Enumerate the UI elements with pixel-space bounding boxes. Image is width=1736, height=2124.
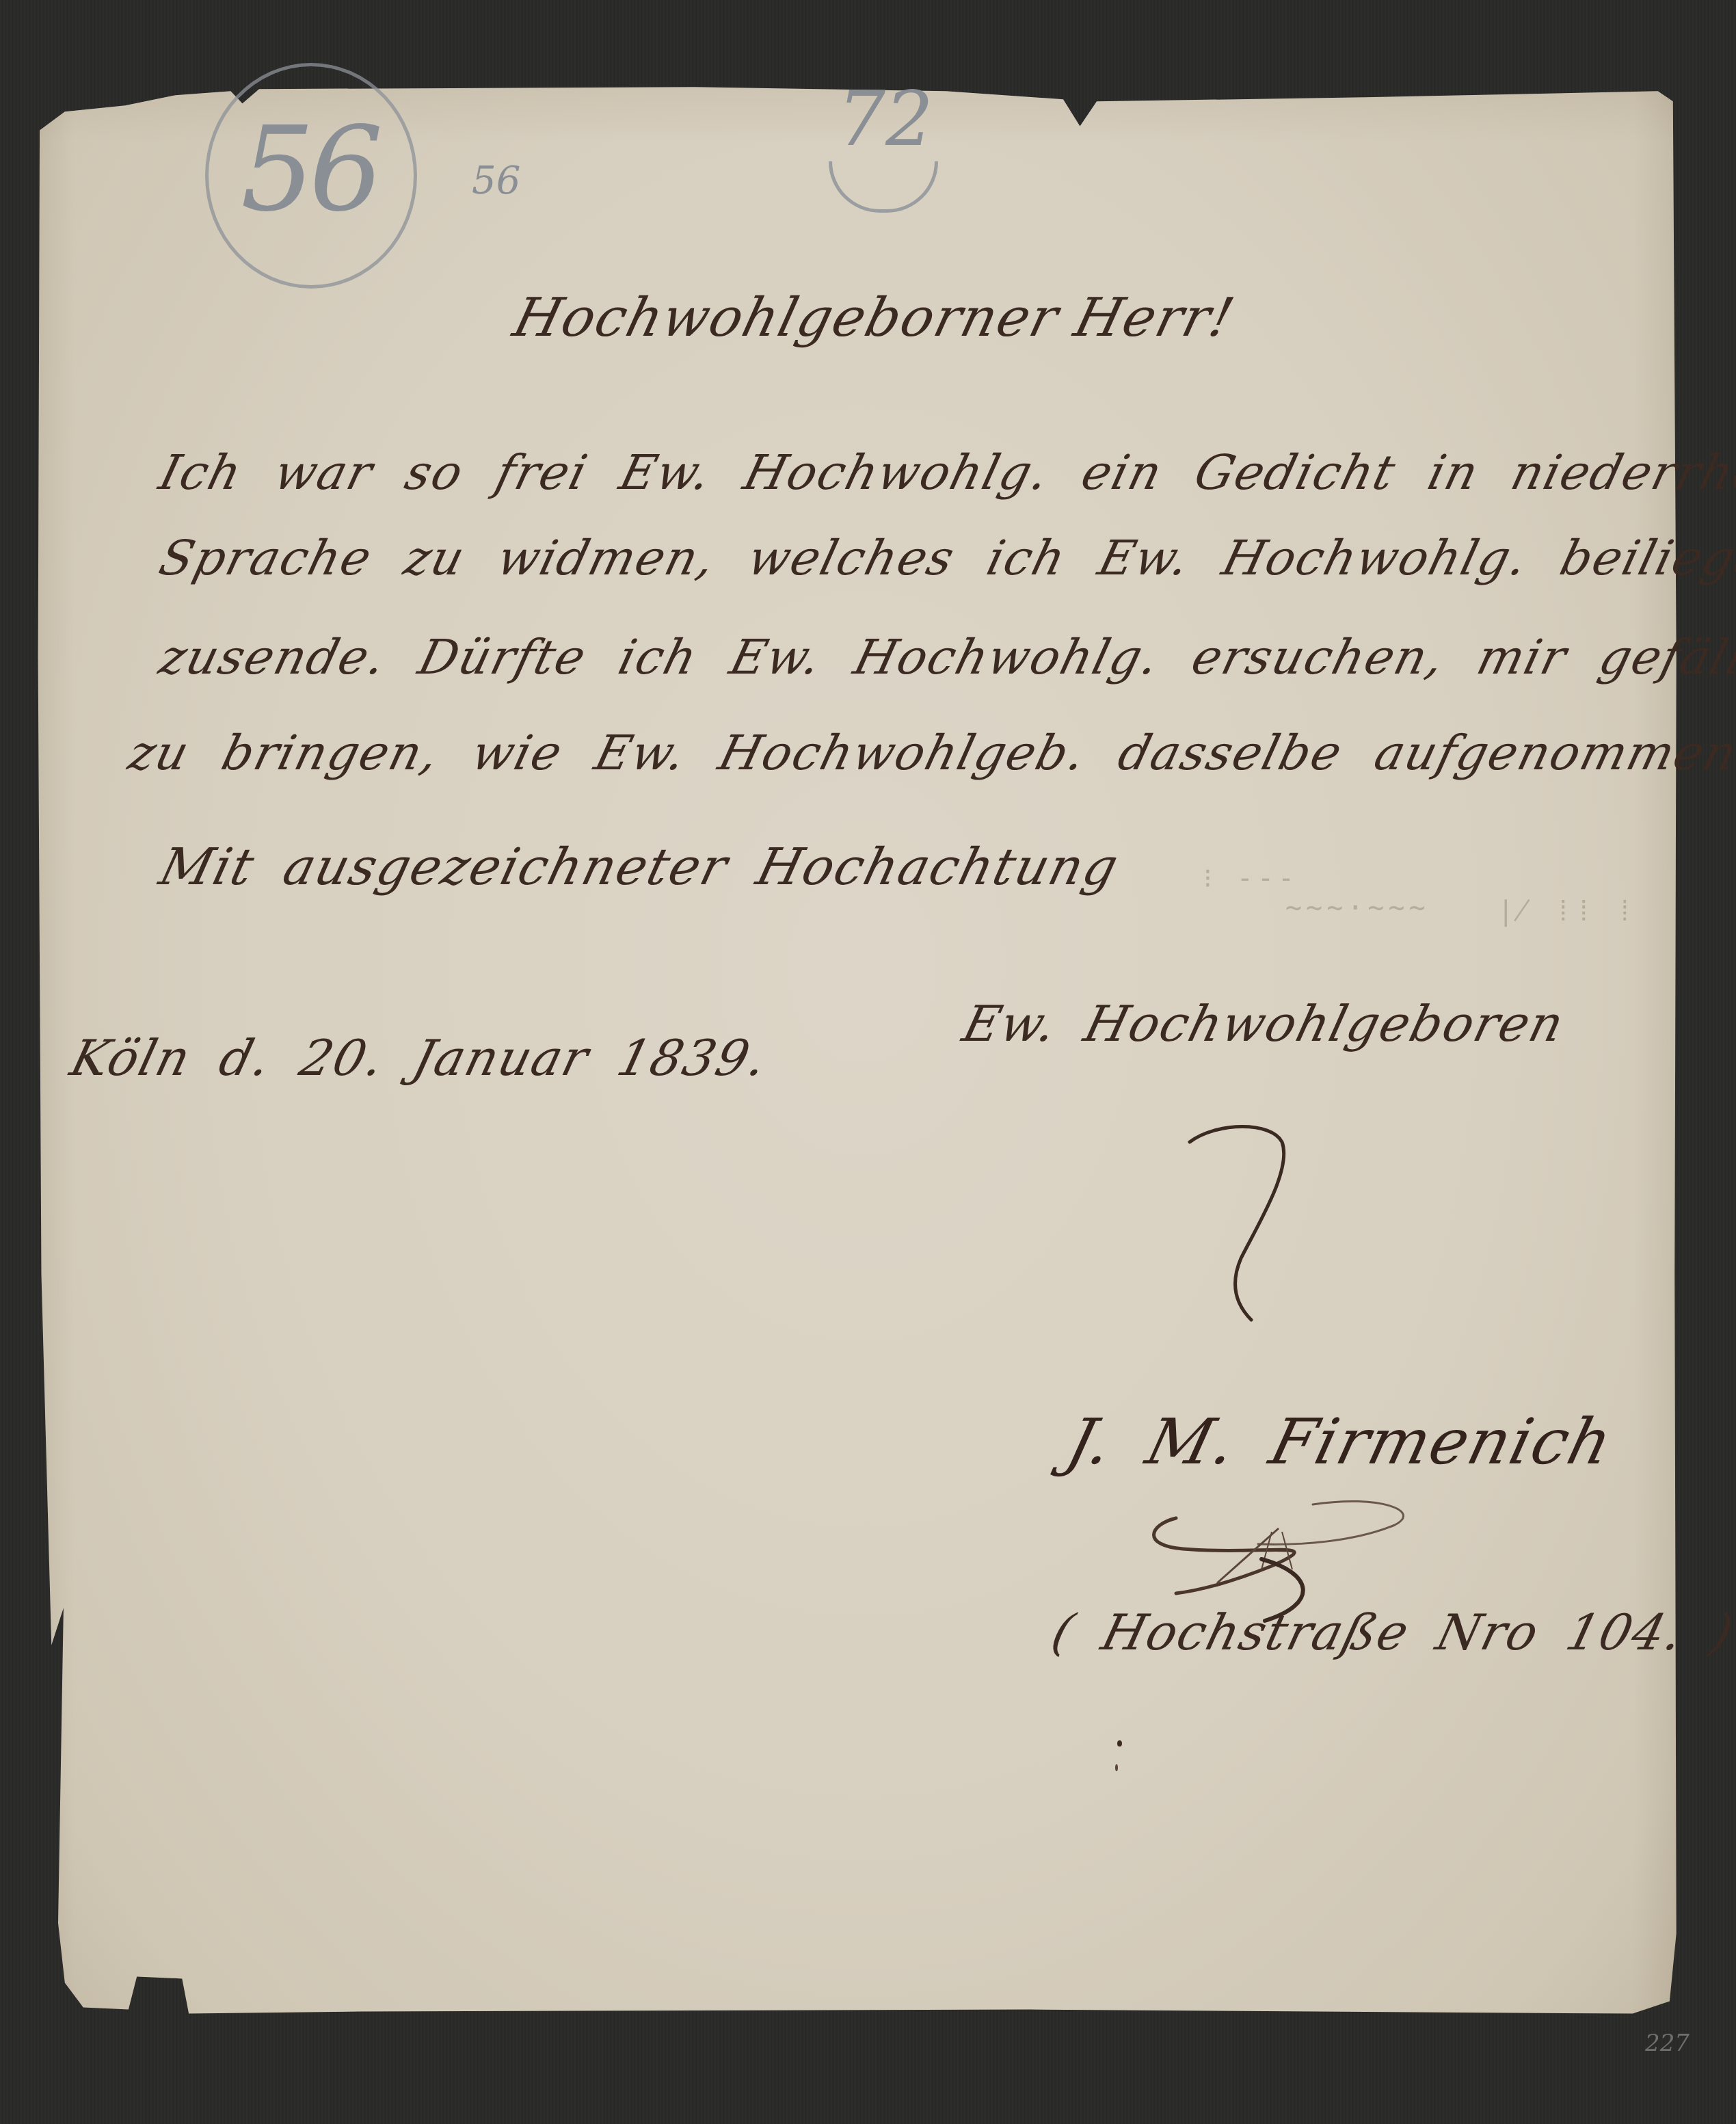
circled-archive-number: 56	[241, 103, 377, 238]
folio-number: 227	[1645, 2030, 1690, 2057]
top-archive-number: 72	[838, 75, 933, 163]
body-line: Ich war so frei Ew. Hochwohlg. ein Gedic…	[154, 444, 1736, 501]
body-line: zu bringen, wie Ew. Hochwohlgeb. dasselb…	[123, 725, 1736, 781]
ink-speck	[1117, 1740, 1122, 1747]
closing-phrase: Mit ausgezeichneter Hochachtung	[154, 838, 1125, 897]
place-and-date: Köln d. 20. Januar 1839.	[65, 1029, 774, 1087]
show-through-mark: ~~~·~~~	[1285, 892, 1430, 924]
body-line: Sprache zu widmen, welches ich Ew. Hochw…	[154, 530, 1736, 586]
show-through-mark: ⁝ ‐‐‐	[1203, 863, 1298, 894]
show-through-mark: ∤ ⁞⁞ ⁞	[1497, 896, 1637, 929]
sender-address: ( Hochstraße Nro 104. )	[1046, 1604, 1736, 1661]
body-line: zusende. Dürfte ich Ew. Hochwohlg. ersuc…	[154, 629, 1736, 685]
subscription-line: Ew. Hochwohlgeboren	[957, 995, 1571, 1052]
ink-speck	[1115, 1764, 1118, 1771]
signature: J. M. Firmenich	[1060, 1405, 1620, 1478]
small-archive-number: 56	[472, 159, 520, 203]
salutation: Hochwohlgeborner Herr!	[507, 287, 1241, 349]
